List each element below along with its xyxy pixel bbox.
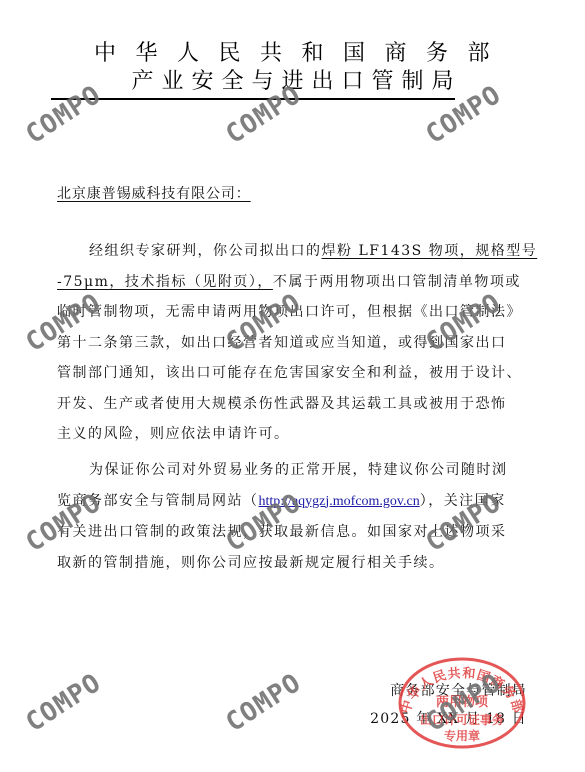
letterhead-rule	[51, 98, 455, 100]
watermark: COMPO	[221, 668, 307, 739]
seal-inner-line3: 专用章	[444, 728, 480, 743]
paragraph-line: 有关进出口管制的政策法规，获取最新信息。如国家对上述物项采	[57, 517, 497, 548]
seal-inner-line1: 两用物项	[436, 694, 489, 710]
letterhead-bureau: 产业安全与进出口管制局	[0, 64, 585, 95]
letterhead-ministry: 中华人民共和国商务部	[0, 36, 585, 67]
text: 览商务部安全与管制局网站（	[57, 493, 259, 509]
bureau-website-link[interactable]: http://aqygzj.mofcom.gov.cn	[259, 494, 420, 509]
paragraph-line: 管制部门通知，该出口可能存在危害国家安全和利益，被用于设计、	[57, 358, 497, 389]
paragraph-line: 览商务部安全与管制局网站（http://aqygzj.mofcom.gov.cn…	[57, 486, 497, 518]
text: 经组织专家研判，你公司拟出口的	[89, 243, 322, 259]
paragraph-line: 第十二条第三款，如出口经营者知道或应当知道，或得到国家出口	[57, 328, 497, 359]
official-seal-icon: 中华人民共和国商务部 两用物项 出口许可证事务 专用章	[397, 656, 527, 750]
seal-inner-line2: 出口许可证事务	[420, 712, 504, 727]
paragraph-line: 经组织专家研判，你公司拟出口的焊粉 LF143S 物项，规格型号	[57, 236, 497, 267]
watermark: COMPO	[21, 668, 107, 739]
addressee: 北京康普锡威科技有限公司：	[57, 183, 251, 203]
paragraph-line: 取新的管制措施，则你公司应按最新规定履行相关手续。	[57, 548, 497, 579]
paragraph-determination: 经组织专家研判，你公司拟出口的焊粉 LF143S 物项，规格型号 -75μm，技…	[57, 236, 497, 450]
paragraph-line: 开发、生产或者使用大规模杀伤性武器及其运载工具或被用于恐怖	[57, 389, 497, 420]
paragraph-line: -75μm，技术指标（见附页），不属于两用物项出口管制清单物项或	[57, 267, 497, 298]
paragraph-line: 临时管制物项，无需申请两用物项出口许可，但根据《出口管制法》	[57, 297, 497, 328]
item-spec-underlined: -75μm，技术指标（见附页），	[57, 274, 273, 290]
paragraph-recommendation: 为保证你公司对外贸易业务的正常开展，特建议你公司随时浏 览商务部安全与管制局网站…	[57, 455, 497, 578]
item-name-underlined: 焊粉 LF143S 物项，规格型号	[322, 243, 538, 259]
paragraph-line: 主义的风险，则应依法申请许可。	[57, 419, 497, 450]
text: ），关注国家	[420, 493, 506, 509]
paragraph-line: 为保证你公司对外贸易业务的正常开展，特建议你公司随时浏	[57, 455, 497, 486]
text: 不属于两用物项出口管制清单物项或	[273, 274, 521, 290]
